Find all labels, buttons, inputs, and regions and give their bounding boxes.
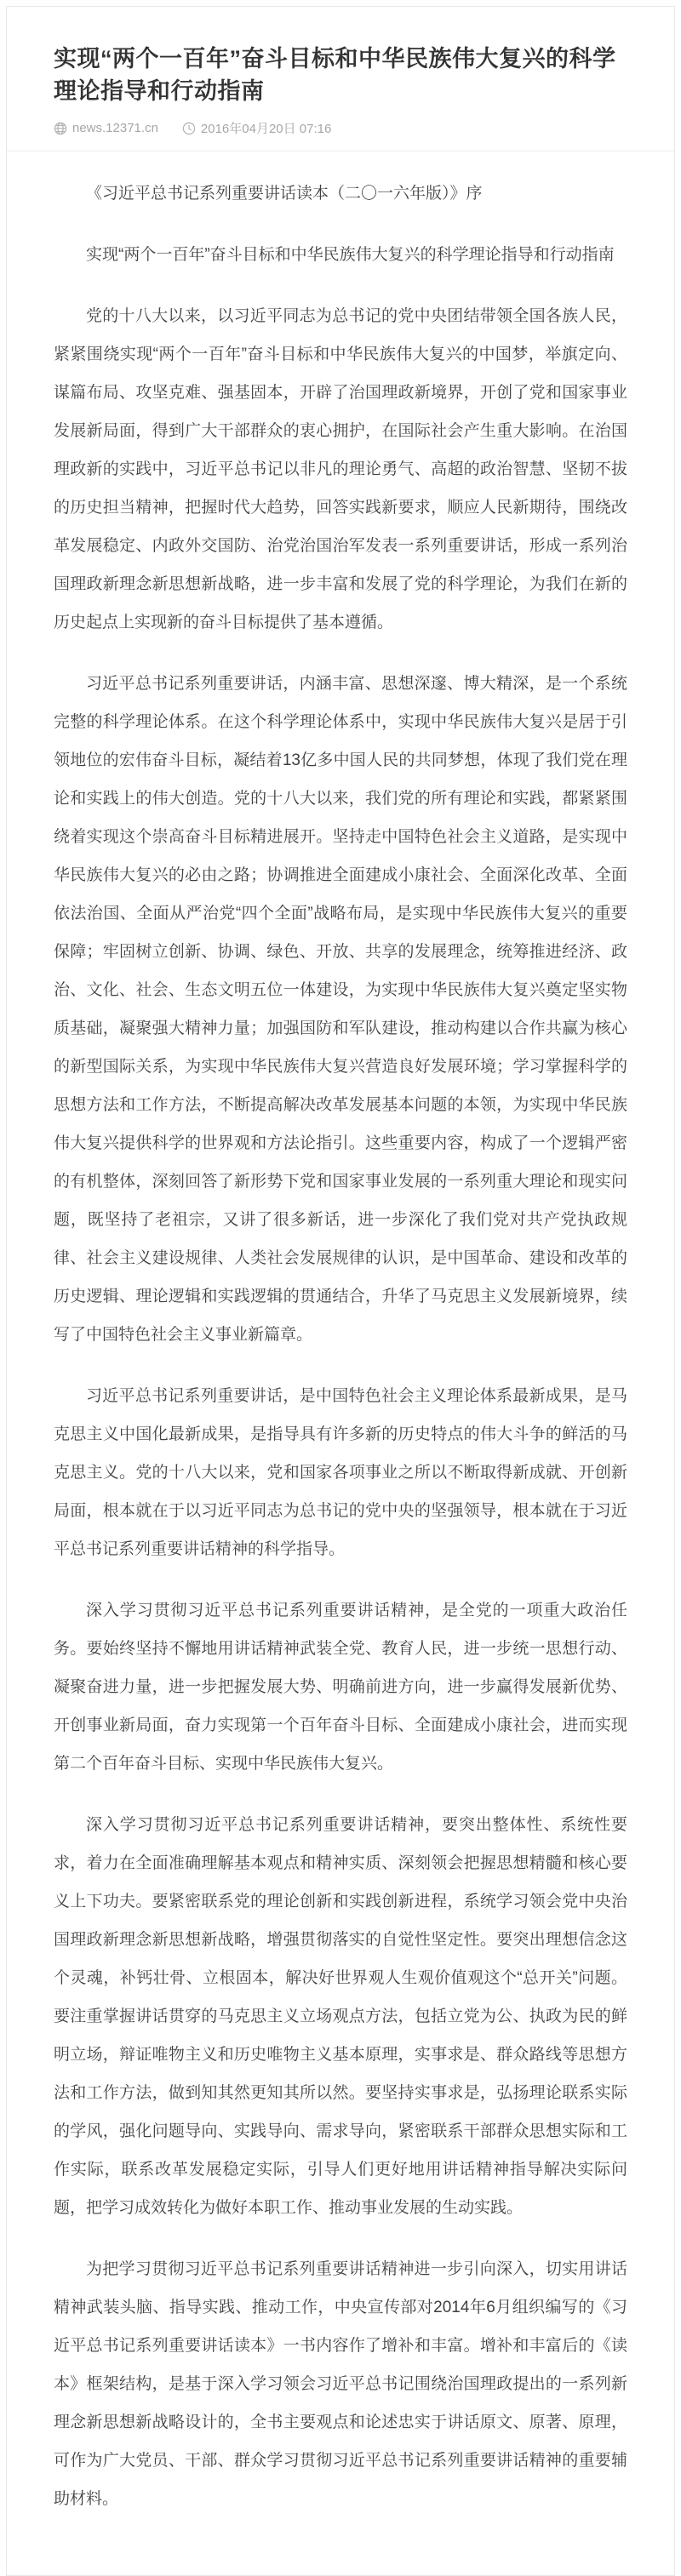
meta-datetime-label: 2016年04月20日 07:16 [201, 119, 331, 137]
meta-divider [6, 151, 675, 151]
meta-source: news.12371.cn [54, 121, 158, 135]
article-paragraph: 深入学习贯彻习近平总书记系列重要讲话精神，要突出整体性、系统性要求，着力在全面准… [54, 1806, 627, 2227]
meta-datetime: 2016年04月20日 07:16 [182, 119, 331, 137]
meta-source-label: news.12371.cn [72, 121, 158, 135]
article-card: 实现“两个一百年”奋斗目标和中华民族伟大复兴的科学理论指导和行动指南 news.… [6, 6, 675, 2576]
clock-icon [182, 122, 196, 135]
article-paragraph: 党的十八大以来，以习近平同志为总书记的党中央团结带领全国各族人民，紧紧围绕实现“… [54, 297, 627, 642]
article-paragraph: 实现“两个一百年”奋斗目标和中华民族伟大复兴的科学理论指导和行动指南 [54, 236, 627, 274]
globe-icon [54, 122, 67, 135]
article-paragraph: 习近平总书记系列重要讲话，是中国特色社会主义理论体系最新成果，是马克思主义中国化… [54, 1377, 627, 1568]
article-paragraph: 深入学习贯彻习近平总书记系列重要讲话精神，是全党的一项重大政治任务。要始终坚持不… [54, 1591, 627, 1783]
article-paragraph: 习近平总书记系列重要讲话，内涵丰富、思想深邃、博大精深，是一个系统完整的科学理论… [54, 665, 627, 1354]
article-meta: news.12371.cn 2016年04月20日 07:16 [54, 119, 627, 137]
article-paragraph: 《习近平总书记系列重要讲话读本（二〇一六年版）》序 [54, 174, 627, 213]
article-paragraph: 为把学习贯彻习近平总书记系列重要讲话精神进一步引向深入，切实用讲话精神武装头脑、… [54, 2250, 627, 2518]
article-body: 《习近平总书记系列重要讲话读本（二〇一六年版）》序 实现“两个一百年”奋斗目标和… [54, 174, 627, 2518]
page-title: 实现“两个一百年”奋斗目标和中华民族伟大复兴的科学理论指导和行动指南 [54, 43, 627, 107]
